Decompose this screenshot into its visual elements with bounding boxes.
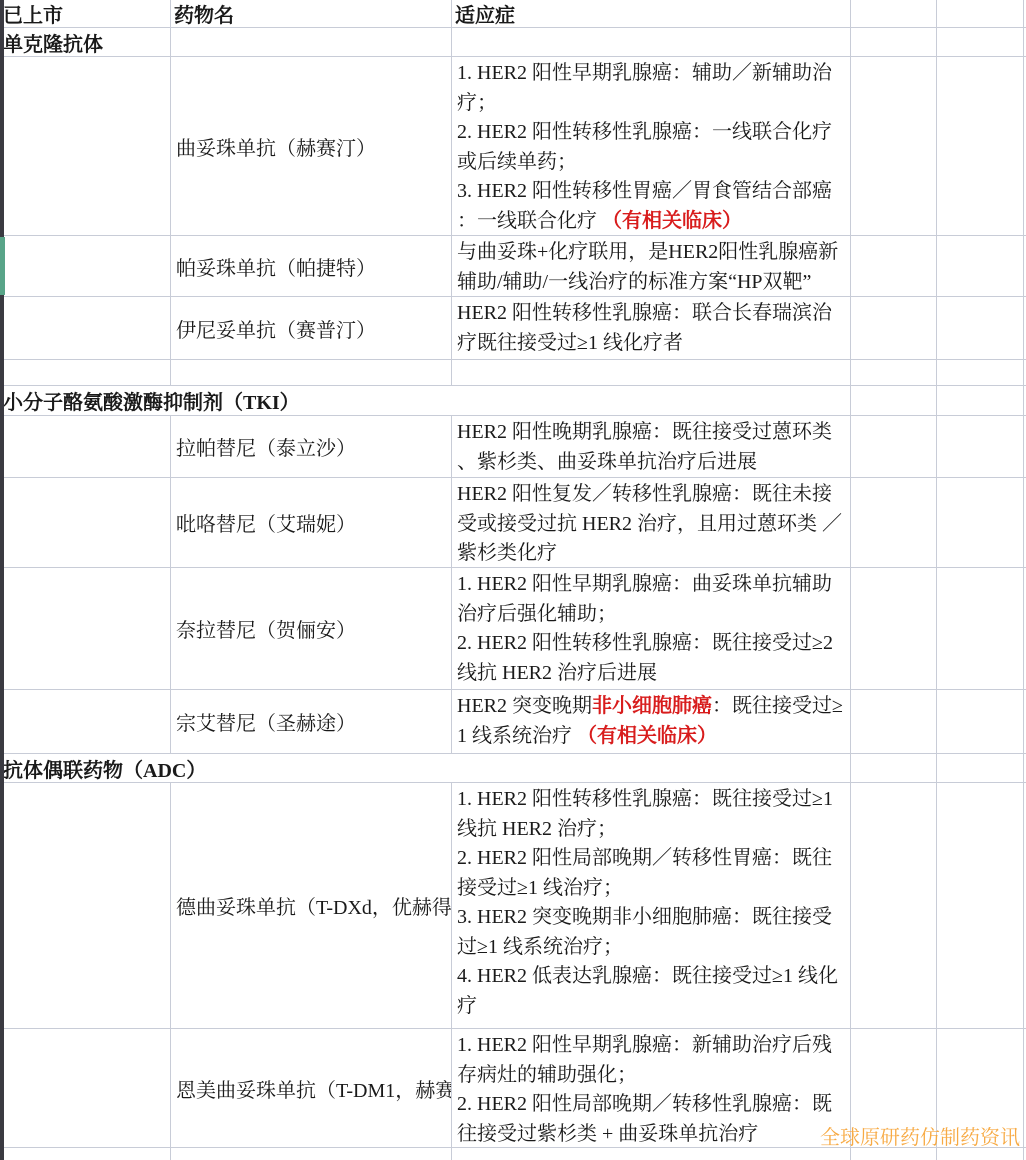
section-header-cell[interactable]: 抗体偶联药物（ADC） bbox=[0, 754, 851, 782]
indication-cell[interactable]: 1. HER2 阳性早期乳腺癌：新辅助治疗后残存病灶的辅助强化； 2. HER2… bbox=[452, 1029, 851, 1147]
empty-cell[interactable] bbox=[851, 360, 937, 385]
empty-cell[interactable] bbox=[171, 28, 452, 56]
drug-name-cell[interactable]: 宗艾替尼（圣赫途） bbox=[171, 690, 452, 753]
empty-cell[interactable] bbox=[851, 57, 937, 235]
indication-cell[interactable]: HER2 阳性复发／转移性乳腺癌：既往未接受或接受过抗 HER2 治疗，且用过蒽… bbox=[452, 478, 851, 567]
indication-cell[interactable]: HER2 阳性晚期乳腺癌：既往接受过蒽环类、紫杉类、曲妥珠单抗治疗后进展 bbox=[452, 416, 851, 477]
indication-cell[interactable]: 1. HER2 阳性转移性乳腺癌：既往接受过≥1 线抗 HER2 治疗； 2. … bbox=[452, 783, 851, 1028]
empty-cell[interactable] bbox=[937, 478, 1024, 567]
marketed-cell[interactable] bbox=[0, 236, 171, 296]
table-row: 曲妥珠单抗（赫赛汀）1. HER2 阳性早期乳腺癌：辅助／新辅助治疗； 2. H… bbox=[0, 57, 1026, 236]
indication-red-segment: （有相关临床） bbox=[602, 210, 742, 232]
spreadsheet-table: 已上市药物名适应症单克隆抗体曲妥珠单抗（赫赛汀）1. HER2 阳性早期乳腺癌：… bbox=[0, 0, 1026, 1160]
empty-cell[interactable] bbox=[937, 416, 1024, 477]
drug-name-cell[interactable] bbox=[171, 360, 452, 385]
table-row: 已上市药物名适应症 bbox=[0, 0, 1026, 28]
marketed-cell[interactable] bbox=[0, 57, 171, 235]
drug-name-cell[interactable] bbox=[171, 1148, 452, 1160]
indication-segment: 1. HER2 阳性早期乳腺癌：曲妥珠单抗辅助治疗后强化辅助； 2. HER2 … bbox=[457, 573, 838, 684]
empty-cell[interactable] bbox=[937, 297, 1024, 359]
empty-cell[interactable] bbox=[937, 236, 1024, 296]
empty-cell[interactable] bbox=[937, 783, 1024, 1028]
marketed-cell[interactable] bbox=[0, 416, 171, 477]
empty-cell[interactable] bbox=[937, 568, 1024, 689]
col-header-indication[interactable]: 适应症 bbox=[452, 0, 851, 27]
empty-cell[interactable] bbox=[851, 297, 937, 359]
empty-cell[interactable] bbox=[937, 57, 1024, 235]
empty-cell[interactable] bbox=[851, 0, 937, 27]
drug-name-cell[interactable]: 伊尼妥单抗（赛普汀） bbox=[171, 297, 452, 359]
table-row: 吡咯替尼（艾瑞妮）HER2 阳性复发／转移性乳腺癌：既往未接受或接受过抗 HER… bbox=[0, 478, 1026, 568]
drug-name-cell[interactable]: 恩美曲妥珠单抗（T-DM1，赫赛 bbox=[171, 1029, 452, 1147]
empty-cell[interactable] bbox=[937, 0, 1024, 27]
indication-segment: HER2 阳性复发／转移性乳腺癌：既往未接受或接受过抗 HER2 治疗，且用过蒽… bbox=[457, 483, 842, 564]
indication-red-segment: （有相关临床） bbox=[577, 725, 717, 747]
drug-name-cell[interactable]: 德曲妥珠单抗（T-DXd，优赫得 bbox=[171, 783, 452, 1028]
marketed-cell[interactable] bbox=[0, 297, 171, 359]
empty-cell[interactable] bbox=[851, 690, 937, 753]
marketed-cell[interactable] bbox=[0, 1029, 171, 1147]
drug-name-cell[interactable]: 曲妥珠单抗（赫赛汀） bbox=[171, 57, 452, 235]
section-header-cell[interactable]: 单克隆抗体 bbox=[0, 28, 171, 56]
indication-segment: HER2 阳性转移性乳腺癌：联合长春瑞滨治疗既往接受过≥1 线化疗者 bbox=[457, 302, 832, 354]
empty-cell[interactable] bbox=[937, 28, 1024, 56]
indication-cell[interactable] bbox=[452, 360, 851, 385]
marketed-cell[interactable] bbox=[0, 568, 171, 689]
empty-cell[interactable] bbox=[937, 360, 1024, 385]
table-row: 拉帕替尼（泰立沙）HER2 阳性晚期乳腺癌：既往接受过蒽环类、紫杉类、曲妥珠单抗… bbox=[0, 416, 1026, 478]
indication-segment: 1. HER2 阳性早期乳腺癌：新辅助治疗后残存病灶的辅助强化； 2. HER2… bbox=[457, 1034, 832, 1145]
indication-segment: 1. HER2 阳性早期乳腺癌：辅助／新辅助治疗； 2. HER2 阳性转移性乳… bbox=[457, 62, 832, 232]
marketed-cell[interactable] bbox=[0, 690, 171, 753]
indication-segment: HER2 突变晚期 bbox=[457, 695, 592, 717]
indication-cell[interactable]: HER2 突变晚期非小细胞肺癌：既往接受过≥1 线系统治疗 （有相关临床） bbox=[452, 690, 851, 753]
table-row bbox=[0, 360, 1026, 386]
indication-cell[interactable]: 1. HER2 阳性早期乳腺癌：辅助／新辅助治疗； 2. HER2 阳性转移性乳… bbox=[452, 57, 851, 235]
marketed-cell[interactable] bbox=[0, 1148, 171, 1160]
empty-cell[interactable] bbox=[851, 416, 937, 477]
empty-cell[interactable] bbox=[937, 386, 1024, 415]
col-header-marketed[interactable]: 已上市 bbox=[0, 0, 171, 27]
indication-segment: 与曲妥珠+化疗联用，是HER2阳性乳腺癌新辅助/辅助/一线治疗的标准方案“HP双… bbox=[457, 241, 838, 293]
indication-segment: HER2 阳性晚期乳腺癌：既往接受过蒽环类、紫杉类、曲妥珠单抗治疗后进展 bbox=[457, 421, 832, 473]
left-edge-strip bbox=[0, 0, 4, 1160]
empty-cell[interactable] bbox=[851, 386, 937, 415]
empty-cell[interactable] bbox=[851, 568, 937, 689]
table-row: 抗体偶联药物（ADC） bbox=[0, 754, 1026, 783]
table-row: 奈拉替尼（贺俪安）1. HER2 阳性早期乳腺癌：曲妥珠单抗辅助治疗后强化辅助；… bbox=[0, 568, 1026, 690]
section-header-cell[interactable]: 小分子酪氨酸激酶抑制剂（TKI） bbox=[0, 386, 851, 415]
indication-cell[interactable]: 与曲妥珠+化疗联用，是HER2阳性乳腺癌新辅助/辅助/一线治疗的标准方案“HP双… bbox=[452, 236, 851, 296]
table-row: 德曲妥珠单抗（T-DXd，优赫得1. HER2 阳性转移性乳腺癌：既往接受过≥1… bbox=[0, 783, 1026, 1029]
indication-segment: 1. HER2 阳性转移性乳腺癌：既往接受过≥1 线抗 HER2 治疗； 2. … bbox=[457, 788, 838, 1017]
empty-cell[interactable] bbox=[851, 28, 937, 56]
marketed-cell[interactable] bbox=[0, 360, 171, 385]
drug-name-cell[interactable]: 吡咯替尼（艾瑞妮） bbox=[171, 478, 452, 567]
marketed-cell[interactable] bbox=[0, 783, 171, 1028]
table-row: 帕妥珠单抗（帕捷特）与曲妥珠+化疗联用，是HER2阳性乳腺癌新辅助/辅助/一线治… bbox=[0, 236, 1026, 297]
table-row: 小分子酪氨酸激酶抑制剂（TKI） bbox=[0, 386, 1026, 416]
row-highlight-strip bbox=[0, 237, 5, 295]
table-row: 宗艾替尼（圣赫途）HER2 突变晚期非小细胞肺癌：既往接受过≥1 线系统治疗 （… bbox=[0, 690, 1026, 754]
empty-cell[interactable] bbox=[851, 783, 937, 1028]
drug-name-cell[interactable]: 帕妥珠单抗（帕捷特） bbox=[171, 236, 452, 296]
indication-cell[interactable]: 1. HER2 阳性早期乳腺癌：曲妥珠单抗辅助治疗后强化辅助； 2. HER2 … bbox=[452, 568, 851, 689]
empty-cell[interactable] bbox=[851, 754, 937, 782]
empty-cell[interactable] bbox=[851, 236, 937, 296]
drug-name-cell[interactable]: 奈拉替尼（贺俪安） bbox=[171, 568, 452, 689]
marketed-cell[interactable] bbox=[0, 478, 171, 567]
drug-name-cell[interactable]: 拉帕替尼（泰立沙） bbox=[171, 416, 452, 477]
indication-cell[interactable] bbox=[452, 1148, 851, 1160]
empty-cell[interactable] bbox=[851, 478, 937, 567]
table-row: 单克隆抗体 bbox=[0, 28, 1026, 57]
indication-red-segment: 非小细胞肺癌 bbox=[592, 695, 712, 717]
empty-cell[interactable] bbox=[937, 690, 1024, 753]
empty-cell[interactable] bbox=[452, 28, 851, 56]
watermark-text: 全球原研药仿制药资讯 bbox=[820, 1121, 1020, 1150]
table-row: 伊尼妥单抗（赛普汀）HER2 阳性转移性乳腺癌：联合长春瑞滨治疗既往接受过≥1 … bbox=[0, 297, 1026, 360]
empty-cell[interactable] bbox=[937, 754, 1024, 782]
col-header-drug-name[interactable]: 药物名 bbox=[171, 0, 452, 27]
indication-cell[interactable]: HER2 阳性转移性乳腺癌：联合长春瑞滨治疗既往接受过≥1 线化疗者 bbox=[452, 297, 851, 359]
